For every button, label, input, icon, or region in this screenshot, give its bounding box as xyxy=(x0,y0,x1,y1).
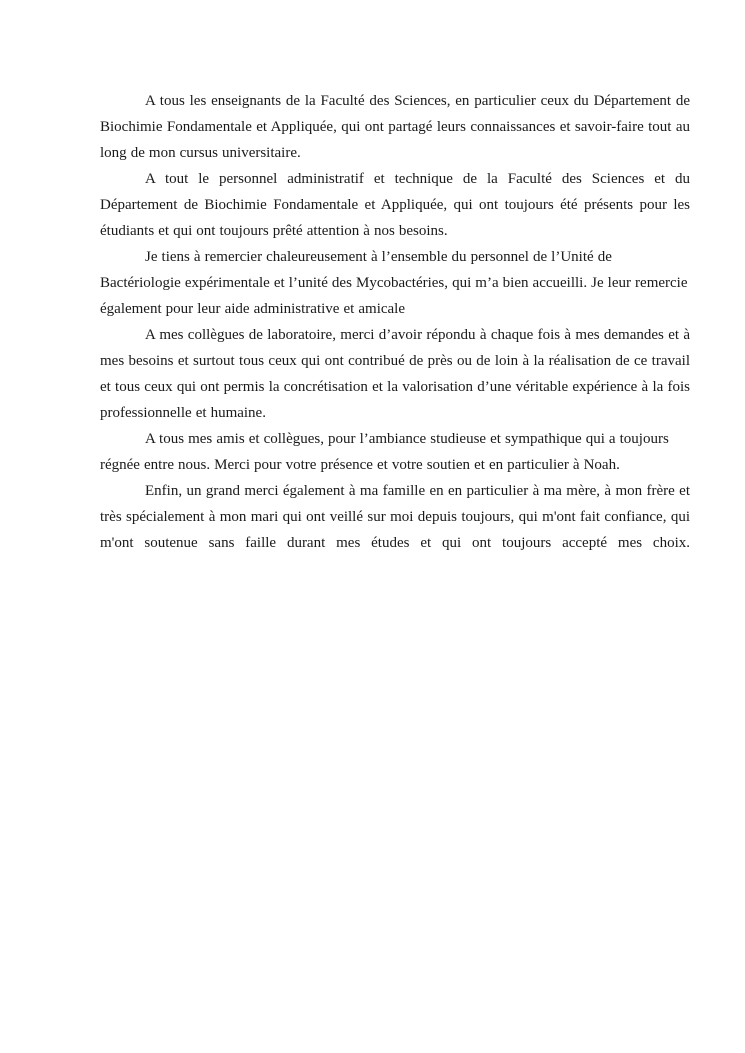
document-page: A tous les enseignants de la Faculté des… xyxy=(0,0,745,1053)
acknowledgments-text-block: A tous les enseignants de la Faculté des… xyxy=(100,88,690,556)
paragraph-famille: Enfin, un grand merci également à ma fam… xyxy=(100,478,690,556)
paragraph-unite-bacteriologie: Je tiens à remercier chaleureusement à l… xyxy=(100,244,690,322)
paragraph-amis-collegues: A tous mes amis et collègues, pour l’amb… xyxy=(100,426,690,478)
paragraph-enseignants: A tous les enseignants de la Faculté des… xyxy=(100,88,690,166)
paragraph-collegues-laboratoire: A mes collègues de laboratoire, merci d’… xyxy=(100,322,690,426)
paragraph-personnel-administratif: A tout le personnel administratif et tec… xyxy=(100,166,690,244)
